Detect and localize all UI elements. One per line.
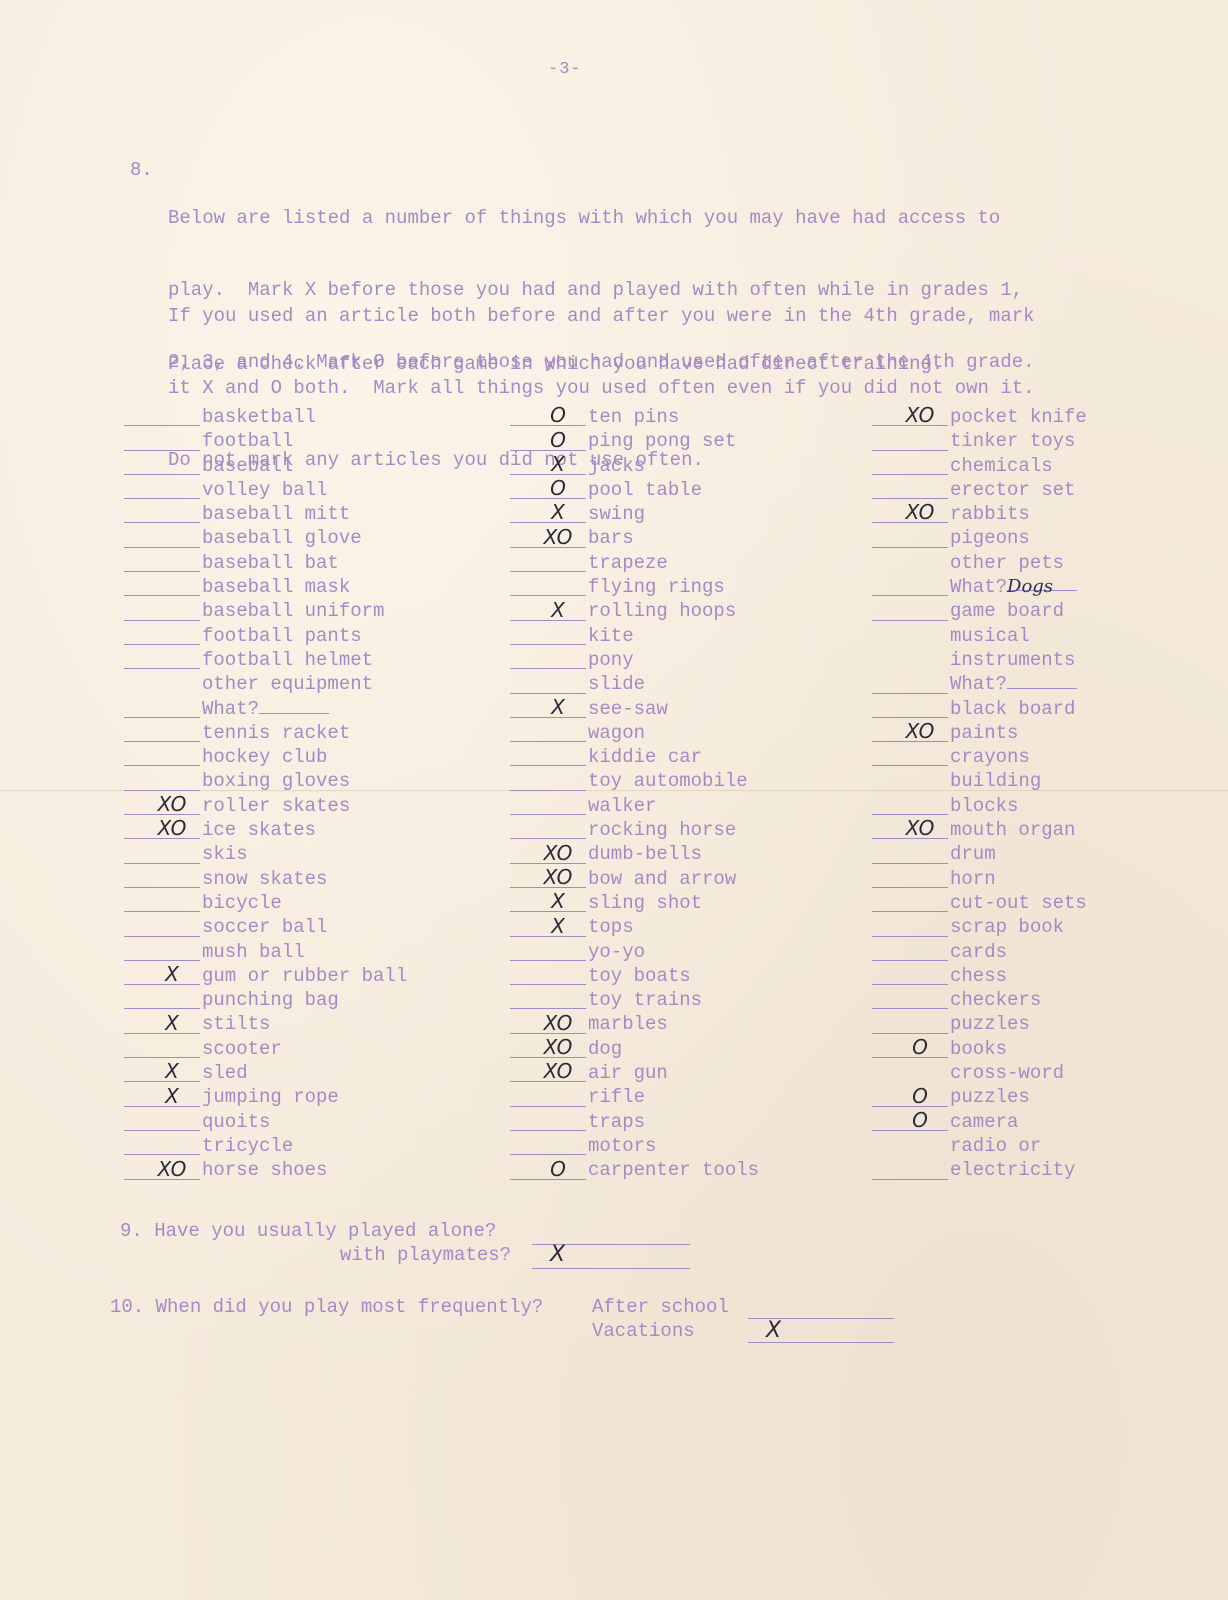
item-label: carpenter tools — [588, 1159, 759, 1181]
handwritten-mark: O — [528, 403, 588, 427]
item-label: toy trains — [588, 989, 702, 1011]
handwritten-mark: X — [142, 1084, 202, 1108]
q10-vacations-answer: X — [766, 1318, 781, 1343]
mark-blank[interactable] — [510, 1106, 586, 1107]
item-label-text: sled — [202, 1062, 248, 1084]
mark-blank[interactable] — [872, 595, 948, 596]
item-label-text: ice skates — [202, 819, 316, 841]
item-label-text: cards — [950, 941, 1007, 963]
mark-blank[interactable] — [872, 717, 948, 718]
handwritten-mark: O — [890, 1084, 950, 1108]
item-label-text: drum — [950, 843, 996, 865]
item-label-text: erector set — [950, 479, 1075, 501]
item-label-text: kiddie car — [588, 746, 702, 768]
item-label-text: wagon — [588, 722, 645, 744]
handwritten-mark: XO — [528, 1011, 588, 1035]
item-label-text: chess — [950, 965, 1007, 987]
item-label: wagon — [588, 722, 645, 744]
mark-blank[interactable] — [124, 717, 200, 718]
item-label-text: cross-word — [950, 1062, 1064, 1084]
mark-blank[interactable] — [124, 863, 200, 864]
mark-blank[interactable] — [124, 547, 200, 548]
item-label-text: scooter — [202, 1038, 282, 1060]
mark-blank[interactable] — [872, 450, 948, 451]
item-label: yo-yo — [588, 941, 645, 963]
mark-blank[interactable] — [872, 984, 948, 985]
item-label-text: bicycle — [202, 892, 282, 914]
item-label-text: camera — [950, 1111, 1018, 1133]
item-label: game board — [950, 600, 1064, 622]
mark-blank[interactable] — [872, 1179, 948, 1180]
item-label-text: bars — [588, 527, 634, 549]
item-label: boxing gloves — [202, 770, 350, 792]
item-label-text: instruments — [950, 649, 1075, 671]
mark-blank[interactable] — [124, 936, 200, 937]
q10-prompt: 10. When did you play most frequently? — [110, 1296, 543, 1318]
handwritten-mark: X — [142, 962, 202, 986]
item-label: see-saw — [588, 698, 668, 720]
mark-blank[interactable] — [124, 765, 200, 766]
item-label-text: punching bag — [202, 989, 339, 1011]
mark-blank[interactable] — [510, 790, 586, 791]
q8-para2-line: If you used an article both before and a… — [168, 304, 1035, 328]
item-label-text: hockey club — [202, 746, 327, 768]
item-label: scrap book — [950, 916, 1064, 938]
item-label: stilts — [202, 1013, 270, 1035]
mark-blank[interactable] — [872, 887, 948, 888]
handwritten-mark: XO — [528, 525, 588, 549]
mark-blank[interactable] — [124, 450, 200, 451]
item-label-text: ten pins — [588, 406, 679, 428]
item-label: punching bag — [202, 989, 339, 1011]
item-label: chemicals — [950, 455, 1053, 477]
item-label: rifle — [588, 1086, 645, 1108]
item-label-text: kite — [588, 625, 634, 647]
item-label: pony — [588, 649, 634, 671]
mark-blank[interactable] — [124, 1154, 200, 1155]
mark-blank[interactable] — [872, 936, 948, 937]
item-label: ten pins — [588, 406, 679, 428]
mark-blank[interactable] — [124, 960, 200, 961]
item-label: rabbits — [950, 503, 1030, 525]
item-label-text: football — [202, 430, 293, 452]
item-label: snow skates — [202, 868, 327, 890]
item-label: scooter — [202, 1038, 282, 1060]
item-label: trapeze — [588, 552, 668, 574]
handwritten-mark: XO — [142, 792, 202, 816]
handwritten-mark: X — [528, 598, 588, 622]
item-label-text: paints — [950, 722, 1018, 744]
item-label-text: motors — [588, 1135, 656, 1157]
what-answer-handwriting: Dogs — [1007, 576, 1053, 597]
item-label: camera — [950, 1111, 1018, 1133]
what-answer-blank[interactable] — [259, 699, 329, 714]
item-label: bars — [588, 527, 634, 549]
mark-blank[interactable] — [124, 522, 200, 523]
item-label: black board — [950, 698, 1075, 720]
mark-blank[interactable] — [124, 474, 200, 475]
mark-blank[interactable] — [124, 741, 200, 742]
item-label: kiddie car — [588, 746, 702, 768]
handwritten-mark: O — [890, 1035, 950, 1059]
mark-blank[interactable] — [872, 547, 948, 548]
item-label: toy automobile — [588, 770, 748, 792]
handwritten-mark: X — [528, 500, 588, 524]
mark-blank[interactable] — [124, 1008, 200, 1009]
item-label: musical — [950, 625, 1030, 647]
item-label: dog — [588, 1038, 622, 1060]
handwritten-mark: XO — [890, 719, 950, 743]
item-label-text: jacks — [588, 455, 645, 477]
item-label-text: baseball mask — [202, 576, 350, 598]
item-label-text: stilts — [202, 1013, 270, 1035]
item-label: tinker toys — [950, 430, 1075, 452]
item-label: What? — [950, 673, 1077, 695]
mark-blank[interactable] — [872, 765, 948, 766]
handwritten-mark: X — [528, 695, 588, 719]
item-label-text: pony — [588, 649, 634, 671]
item-label-text: tinker toys — [950, 430, 1075, 452]
mark-blank[interactable] — [510, 741, 586, 742]
item-label: pigeons — [950, 527, 1030, 549]
item-label-text: rolling hoops — [588, 600, 736, 622]
item-label-text: traps — [588, 1111, 645, 1133]
mark-blank[interactable] — [872, 814, 948, 815]
item-label-text: game board — [950, 600, 1064, 622]
q10-after-school-label: After school — [592, 1296, 729, 1318]
item-label-text: skis — [202, 843, 248, 865]
item-label-text: blocks — [950, 795, 1018, 817]
item-label-text: pigeons — [950, 527, 1030, 549]
item-label: blocks — [950, 795, 1018, 817]
item-label-text: horse shoes — [202, 1159, 327, 1181]
item-label-text: books — [950, 1038, 1007, 1060]
item-label: basketball — [202, 406, 316, 428]
handwritten-mark: X — [142, 1011, 202, 1035]
item-label-text: tops — [588, 916, 634, 938]
item-label: books — [950, 1038, 1007, 1060]
mark-blank[interactable] — [124, 498, 200, 499]
item-label: rolling hoops — [588, 600, 736, 622]
item-label-text: volley ball — [202, 479, 327, 501]
mark-blank[interactable] — [510, 984, 586, 985]
item-label: horse shoes — [202, 1159, 327, 1181]
item-label: bow and arrow — [588, 868, 736, 890]
item-label: hockey club — [202, 746, 327, 768]
item-label-text: black board — [950, 698, 1075, 720]
q8-para3: Place a check after each game in which y… — [168, 352, 943, 376]
item-label-text: What? — [950, 673, 1007, 695]
mark-blank[interactable] — [510, 693, 586, 694]
item-label-text: baseball mitt — [202, 503, 350, 525]
item-label: cross-word — [950, 1062, 1064, 1084]
handwritten-mark: XO — [142, 1157, 202, 1181]
item-label-text: see-saw — [588, 698, 668, 720]
item-label: kite — [588, 625, 634, 647]
item-label: building — [950, 770, 1041, 792]
item-label: bicycle — [202, 892, 282, 914]
item-label-text: horn — [950, 868, 996, 890]
item-label: baseball glove — [202, 527, 362, 549]
mark-blank[interactable] — [124, 595, 200, 596]
mark-blank[interactable] — [872, 498, 948, 499]
item-label-text: soccer ball — [202, 916, 327, 938]
item-label: skis — [202, 843, 248, 865]
item-label-text: other equipment — [202, 673, 373, 695]
item-label: sled — [202, 1062, 248, 1084]
item-label: rocking horse — [588, 819, 736, 841]
item-label: pocket knife — [950, 406, 1087, 428]
item-label: marbles — [588, 1013, 668, 1035]
item-label-text: swing — [588, 503, 645, 525]
item-label-text: boxing gloves — [202, 770, 350, 792]
mark-blank[interactable] — [510, 1008, 586, 1009]
mark-blank[interactable] — [510, 838, 586, 839]
item-label-text: pool table — [588, 479, 702, 501]
item-label: drum — [950, 843, 996, 865]
handwritten-mark: XO — [528, 1059, 588, 1083]
item-label-text: pocket knife — [950, 406, 1087, 428]
item-label: quoits — [202, 1111, 270, 1133]
item-label-text: toy boats — [588, 965, 691, 987]
item-label-text: musical — [950, 625, 1030, 647]
item-label-text: marbles — [588, 1013, 668, 1035]
mark-blank[interactable] — [510, 644, 586, 645]
item-label: traps — [588, 1111, 645, 1133]
item-label-text: ping pong set — [588, 430, 736, 452]
mark-blank[interactable] — [872, 863, 948, 864]
handwritten-mark: X — [528, 452, 588, 476]
mark-blank[interactable] — [510, 1154, 586, 1155]
handwritten-mark: O — [528, 428, 588, 452]
handwritten-mark: XO — [890, 816, 950, 840]
what-answer-blank[interactable]: Dogs — [1007, 576, 1077, 591]
item-label-text: puzzles — [950, 1013, 1030, 1035]
item-label-text: baseball uniform — [202, 600, 384, 622]
handwritten-mark: XO — [142, 816, 202, 840]
item-label: ping pong set — [588, 430, 736, 452]
item-label: What?Dogs — [950, 576, 1077, 598]
item-label: air gun — [588, 1062, 668, 1084]
item-label-text: scrap book — [950, 916, 1064, 938]
mark-blank[interactable] — [872, 1008, 948, 1009]
handwritten-mark: O — [528, 476, 588, 500]
mark-blank[interactable] — [872, 960, 948, 961]
mark-blank[interactable] — [124, 571, 200, 572]
item-label: slide — [588, 673, 645, 695]
handwritten-mark: XO — [528, 1035, 588, 1059]
item-label: swing — [588, 503, 645, 525]
item-label-text: tennis racket — [202, 722, 350, 744]
item-label: baseball — [202, 455, 293, 477]
item-label: other equipment — [202, 673, 373, 695]
q8-number: 8. — [130, 158, 153, 182]
item-label-text: dog — [588, 1038, 622, 1060]
item-label: motors — [588, 1135, 656, 1157]
item-label: other pets — [950, 552, 1064, 574]
item-label-text: carpenter tools — [588, 1159, 759, 1181]
item-label-text: tricycle — [202, 1135, 293, 1157]
item-label: horn — [950, 868, 996, 890]
item-label-text: cut-out sets — [950, 892, 1087, 914]
item-label: puzzles — [950, 1086, 1030, 1108]
item-label: chess — [950, 965, 1007, 987]
item-label: cut-out sets — [950, 892, 1087, 914]
item-label-text: gum or rubber ball — [202, 965, 407, 987]
item-label-text: baseball glove — [202, 527, 362, 549]
mark-blank[interactable] — [124, 425, 200, 426]
handwritten-mark: XO — [528, 865, 588, 889]
item-label: football pants — [202, 625, 362, 647]
item-label-text: basketball — [202, 406, 316, 428]
item-label-text: football pants — [202, 625, 362, 647]
item-label: sling shot — [588, 892, 702, 914]
item-label-text: mush ball — [202, 941, 305, 963]
handwritten-mark: X — [528, 889, 588, 913]
mark-blank[interactable] — [510, 571, 586, 572]
handwritten-mark: XO — [528, 841, 588, 865]
mark-blank[interactable] — [510, 960, 586, 961]
item-label-text: rabbits — [950, 503, 1030, 525]
item-label: puzzles — [950, 1013, 1030, 1035]
mark-blank[interactable] — [872, 693, 948, 694]
handwritten-mark: X — [528, 914, 588, 938]
item-label-text: quoits — [202, 1111, 270, 1133]
item-label-text: baseball bat — [202, 552, 339, 574]
q9-playmates-blank[interactable] — [532, 1268, 690, 1269]
mark-blank[interactable] — [124, 1130, 200, 1131]
item-label: football helmet — [202, 649, 373, 671]
item-label-text: football helmet — [202, 649, 373, 671]
what-answer-blank[interactable] — [1007, 674, 1077, 689]
mark-blank[interactable] — [510, 668, 586, 669]
item-label: mush ball — [202, 941, 305, 963]
item-label: dumb-bells — [588, 843, 702, 865]
handwritten-mark: XO — [890, 500, 950, 524]
item-label: electricity — [950, 1159, 1075, 1181]
item-label-text: slide — [588, 673, 645, 695]
q9-alone-prompt: 9. Have you usually played alone? — [120, 1220, 496, 1242]
mark-blank[interactable] — [124, 887, 200, 888]
item-label-text: dumb-bells — [588, 843, 702, 865]
item-label: baseball uniform — [202, 600, 384, 622]
item-label-text: chemicals — [950, 455, 1053, 477]
item-label: crayons — [950, 746, 1030, 768]
item-label-text: radio or — [950, 1135, 1041, 1157]
item-label: walker — [588, 795, 656, 817]
item-label-text: roller skates — [202, 795, 350, 817]
item-label: jacks — [588, 455, 645, 477]
mark-blank[interactable] — [510, 1130, 586, 1131]
item-label: football — [202, 430, 293, 452]
item-label: erector set — [950, 479, 1075, 501]
mark-blank[interactable] — [124, 668, 200, 669]
item-label-text: snow skates — [202, 868, 327, 890]
item-label: volley ball — [202, 479, 327, 501]
mark-blank[interactable] — [872, 474, 948, 475]
item-label: mouth organ — [950, 819, 1075, 841]
item-label: toy boats — [588, 965, 691, 987]
item-label-text: crayons — [950, 746, 1030, 768]
item-label: baseball mask — [202, 576, 350, 598]
item-label-text: What? — [950, 576, 1007, 598]
mark-blank[interactable] — [510, 595, 586, 596]
mark-blank[interactable] — [124, 644, 200, 645]
item-label: gum or rubber ball — [202, 965, 407, 987]
item-label-text: mouth organ — [950, 819, 1075, 841]
item-label: instruments — [950, 649, 1075, 671]
item-label-text: electricity — [950, 1159, 1075, 1181]
mark-blank[interactable] — [124, 790, 200, 791]
handwritten-mark: XO — [890, 403, 950, 427]
item-label-text: bow and arrow — [588, 868, 736, 890]
item-label-text: What? — [202, 698, 259, 720]
item-label-text: building — [950, 770, 1041, 792]
item-label: flying rings — [588, 576, 725, 598]
item-label: paints — [950, 722, 1018, 744]
item-label: tops — [588, 916, 634, 938]
q9-playmates-answer: X — [550, 1242, 565, 1267]
item-label-text: puzzles — [950, 1086, 1030, 1108]
item-label-text: other pets — [950, 552, 1064, 574]
page-number: -3- — [548, 60, 582, 79]
item-label-text: rocking horse — [588, 819, 736, 841]
item-label: radio or — [950, 1135, 1041, 1157]
item-label: checkers — [950, 989, 1041, 1011]
mark-blank[interactable] — [872, 1033, 948, 1034]
item-label: What? — [202, 698, 329, 720]
mark-blank[interactable] — [872, 911, 948, 912]
item-label: jumping rope — [202, 1086, 339, 1108]
item-label-text: flying rings — [588, 576, 725, 598]
item-label-text: jumping rope — [202, 1086, 339, 1108]
q10-vacations-label: Vacations — [592, 1320, 695, 1342]
item-label-text: rifle — [588, 1086, 645, 1108]
q8-para1-line: Below are listed a number of things with… — [168, 206, 1035, 230]
item-label: roller skates — [202, 795, 350, 817]
item-label: baseball bat — [202, 552, 339, 574]
item-label: tennis racket — [202, 722, 350, 744]
item-label-text: toy automobile — [588, 770, 748, 792]
q9-playmates-prompt: with playmates? — [340, 1244, 511, 1266]
item-label-text: toy trains — [588, 989, 702, 1011]
mark-blank[interactable] — [124, 620, 200, 621]
mark-blank[interactable] — [124, 911, 200, 912]
item-label: soccer ball — [202, 916, 327, 938]
item-label-text: checkers — [950, 989, 1041, 1011]
mark-blank[interactable] — [510, 814, 586, 815]
handwritten-mark: X — [142, 1059, 202, 1083]
mark-blank[interactable] — [124, 1057, 200, 1058]
item-label: ice skates — [202, 819, 316, 841]
mark-blank[interactable] — [872, 620, 948, 621]
mark-blank[interactable] — [510, 765, 586, 766]
item-label: pool table — [588, 479, 702, 501]
item-label: baseball mitt — [202, 503, 350, 525]
item-label-text: sling shot — [588, 892, 702, 914]
item-label-text: yo-yo — [588, 941, 645, 963]
item-label-text: trapeze — [588, 552, 668, 574]
handwritten-mark: O — [528, 1157, 588, 1181]
item-label-text: walker — [588, 795, 656, 817]
item-label-text: air gun — [588, 1062, 668, 1084]
item-label: cards — [950, 941, 1007, 963]
item-label: tricycle — [202, 1135, 293, 1157]
handwritten-mark: O — [890, 1108, 950, 1132]
q8-para2-line: it X and O both. Mark all things you use… — [168, 376, 1035, 400]
item-label-text: baseball — [202, 455, 293, 477]
